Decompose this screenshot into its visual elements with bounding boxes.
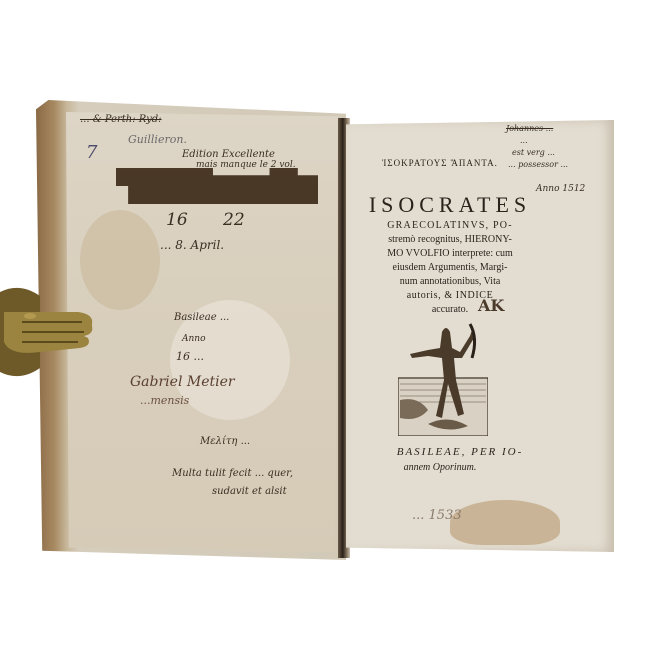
printers-device-woodcut <box>398 318 488 436</box>
handwritten-note: ... 1533 <box>412 508 462 523</box>
title-line: stremò recognitus, HIERONY- <box>350 234 550 245</box>
handwritten-date: 16 22 <box>166 210 245 230</box>
handwritten-note: Basileae ... <box>174 312 229 323</box>
imprint-line: BASILEAE, PER IO- <box>350 446 570 458</box>
handwritten-motto: Μελίτη ... <box>200 436 250 447</box>
imprint-line: annem Oporinum. <box>350 462 530 473</box>
handwritten-motto: Multa tulit fecit ... quer, <box>172 468 293 479</box>
main-title: ISOCRATES <box>355 192 545 218</box>
handwritten-motto: sudavit et alsit <box>212 486 287 497</box>
title-line: accurato. <box>350 304 550 315</box>
title-line: eiusdem Argumentis, Margi- <box>350 262 550 273</box>
handwritten-number: 7 <box>86 142 97 163</box>
handwritten-note: 16 ... <box>176 350 204 363</box>
title-line: MO VVOLFIO interprete: cum <box>350 248 550 259</box>
handwritten-note: Edition Excellente <box>182 149 275 160</box>
handwritten-note: ... & Perth: Ryd: <box>80 114 162 125</box>
title-line: GRAECOLATINVS, PO- <box>350 220 550 231</box>
brass-hand-clip <box>0 282 95 382</box>
greek-title: ἸΣΟΚΡΑΤΟΥΣ ἍΠΑΝΤΑ. <box>360 158 520 168</box>
title-line: num annotationibus, Vita <box>350 276 550 287</box>
handwritten-date: Anno 1512 <box>536 184 585 194</box>
handwritten-note: ... possessor ... <box>508 160 568 169</box>
handwritten-note: Johannes ... <box>506 124 553 133</box>
handwritten-note: mais manque le 2 vol. <box>196 160 296 170</box>
handwritten-note: ... <box>520 136 528 145</box>
handwritten-note: ...mensis <box>140 394 189 407</box>
handwritten-date: ... 8. April. <box>160 238 224 252</box>
handwritten-name: Gabriel Metier <box>130 374 235 390</box>
title-line: autoris, & INDICE <box>350 290 550 301</box>
water-stain <box>450 500 560 545</box>
handwritten-monogram: AK <box>478 296 504 315</box>
handwritten-note: Guillieron. <box>128 133 187 146</box>
handwritten-note: est verg ... <box>512 148 555 157</box>
handwritten-note: Anno <box>182 334 206 344</box>
